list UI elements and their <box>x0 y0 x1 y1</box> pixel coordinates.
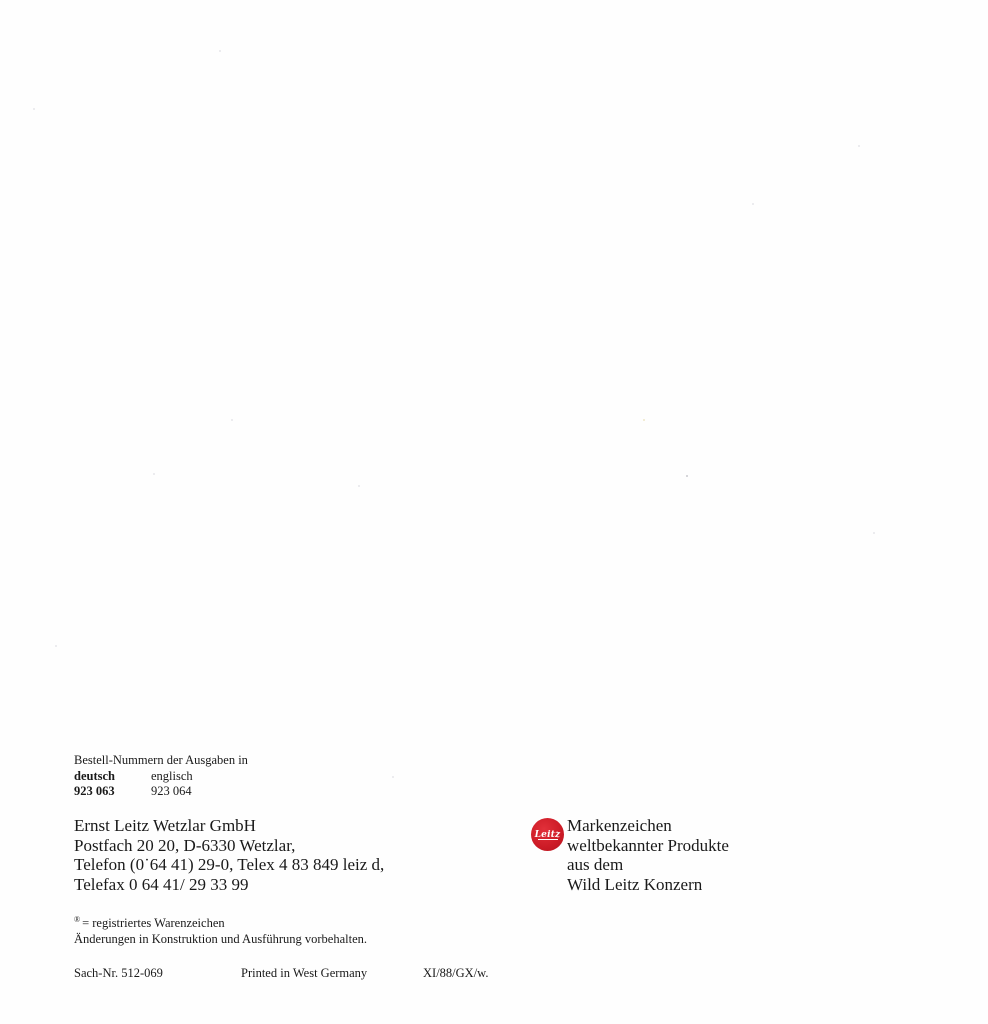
printed-in: Printed in West Germany <box>241 965 367 981</box>
registered-trademark-note: ®= registriertes Warenzeichen <box>74 912 367 931</box>
scan-speck <box>231 419 233 421</box>
brand-line: aus dem <box>567 855 729 875</box>
scan-speck <box>358 485 360 487</box>
brand-line: weltbekannter Produkte <box>567 836 729 856</box>
phone-telex: Telefon (0˙64 41) 29-0, Telex 4 83 849 l… <box>74 855 384 875</box>
order-number-english: 923 064 <box>151 784 192 800</box>
brand-text: Markenzeichen weltbekannter Produkte aus… <box>567 816 729 894</box>
scan-speck <box>752 203 754 205</box>
brand-line: Wild Leitz Konzern <box>567 875 729 895</box>
company-address: Ernst Leitz Wetzlar GmbH Postfach 20 20,… <box>74 816 384 894</box>
registered-mark-icon: ® <box>74 915 80 924</box>
scan-speck <box>392 776 394 778</box>
scan-speck <box>686 475 688 477</box>
company-name: Ernst Leitz Wetzlar GmbH <box>74 816 384 836</box>
telefax: Telefax 0 64 41/ 29 33 99 <box>74 875 384 895</box>
scan-speck <box>55 645 57 647</box>
scan-speck <box>33 108 35 110</box>
leitz-logo-icon: Leitz <box>531 818 564 851</box>
order-numbers-block: Bestell-Nummern der Ausgaben in deutsch … <box>74 753 248 800</box>
language-label-english: englisch <box>151 769 193 785</box>
back-cover-page: Bestell-Nummern der Ausgaben in deutsch … <box>0 0 988 1024</box>
language-label-german: deutsch <box>74 769 151 785</box>
registered-trademark-text: = registriertes Warenzeichen <box>82 916 225 930</box>
order-numbers-row: 923 063 923 064 <box>74 784 248 800</box>
modification-disclaimer: Änderungen in Konstruktion und Ausführun… <box>74 931 367 947</box>
scan-speck <box>643 419 645 421</box>
leitz-logo-text: Leitz <box>535 830 561 840</box>
legal-notes: ®= registriertes Warenzeichen Änderungen… <box>74 912 367 947</box>
scan-speck <box>153 473 155 475</box>
order-number-german: 923 063 <box>74 784 151 800</box>
order-languages-row: deutsch englisch <box>74 769 248 785</box>
scan-speck <box>858 145 860 147</box>
brand-line: Markenzeichen <box>567 816 729 836</box>
brand-block: Leitz Markenzeichen weltbekannter Produk… <box>531 816 729 894</box>
postal-address: Postfach 20 20, D-6330 Wetzlar, <box>74 836 384 856</box>
sach-number: Sach-Nr. 512-069 <box>74 965 163 981</box>
scan-speck <box>873 532 875 534</box>
scan-speck <box>219 50 221 52</box>
print-code: XI/88/GX/w. <box>423 965 489 981</box>
order-numbers-heading: Bestell-Nummern der Ausgaben in <box>74 753 248 769</box>
